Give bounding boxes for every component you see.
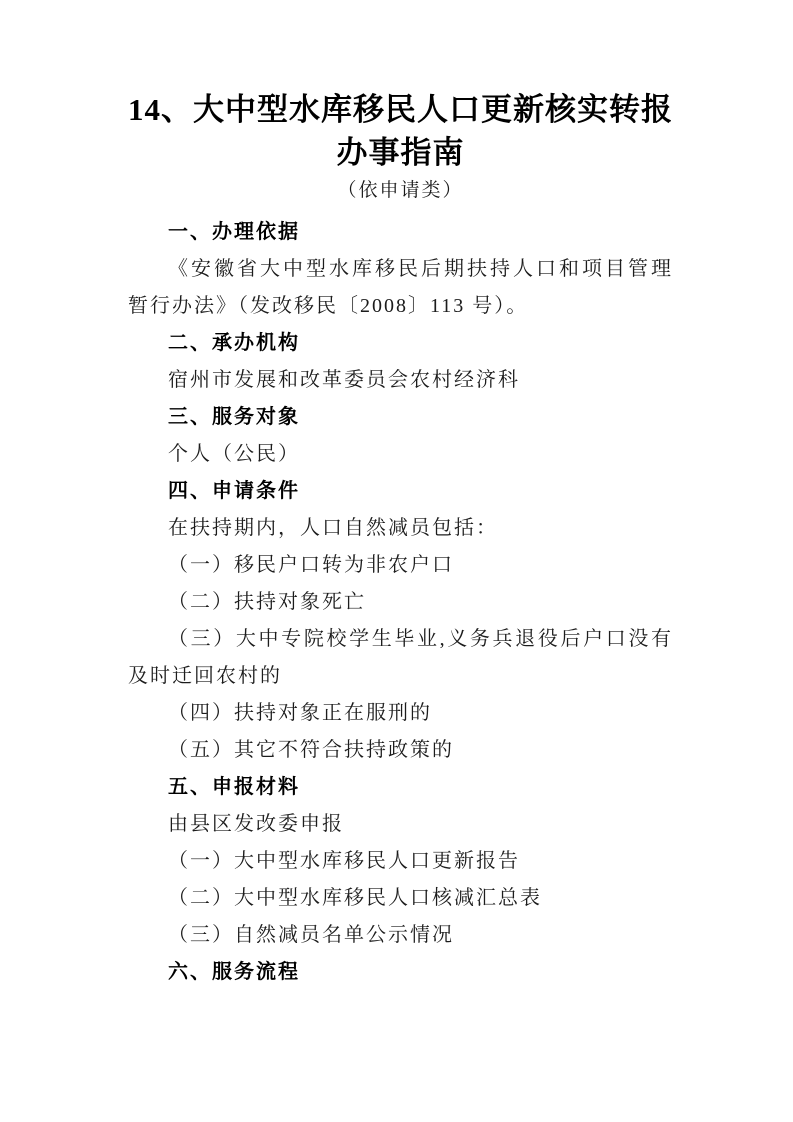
section-paragraph: （一）大中型水库移民人口更新报告 xyxy=(128,843,673,880)
section-heading: 六、服务流程 xyxy=(128,954,673,991)
section-paragraph: 个人（公民） xyxy=(128,436,673,473)
section-basis: 一、办理依据 《安徽省大中型水库移民后期扶持人口和项目管理暂行办法》（发改移民〔… xyxy=(128,214,673,325)
section-paragraph: （五）其它不符合扶持政策的 xyxy=(128,732,673,769)
section-paragraph: （四）扶持对象正在服刑的 xyxy=(128,695,673,732)
section-paragraph: （二）大中型水库移民人口核减汇总表 xyxy=(128,880,673,917)
section-paragraph: 由县区发改委申报 xyxy=(128,806,673,843)
page-title-line-1: 14、大中型水库移民人口更新核实转报 xyxy=(128,88,673,131)
section-application-conditions: 四、申请条件 在扶持期内，人口自然减员包括： （一）移民户口转为非农户口 （二）… xyxy=(128,473,673,769)
section-service-target: 三、服务对象 个人（公民） xyxy=(128,399,673,473)
section-paragraph: （二）扶持对象死亡 xyxy=(128,584,673,621)
section-heading: 一、办理依据 xyxy=(128,214,673,251)
section-heading: 二、承办机构 xyxy=(128,325,673,362)
section-paragraph: （三）大中专院校学生毕业,义务兵退役后户口没有及时迁回农村的 xyxy=(128,621,673,695)
section-paragraph: 在扶持期内，人口自然减员包括： xyxy=(128,510,673,547)
page-subtitle: （依申请类） xyxy=(128,176,673,206)
section-paragraph: 《安徽省大中型水库移民后期扶持人口和项目管理暂行办法》（发改移民〔2008〕11… xyxy=(128,251,673,325)
page-title-line-2: 办事指南 xyxy=(128,131,673,174)
section-application-materials: 五、申报材料 由县区发改委申报 （一）大中型水库移民人口更新报告 （二）大中型水… xyxy=(128,769,673,954)
document-page: 14、大中型水库移民人口更新核实转报 办事指南 （依申请类） 一、办理依据 《安… xyxy=(0,0,793,1122)
section-paragraph: （一）移民户口转为非农户口 xyxy=(128,547,673,584)
section-service-process: 六、服务流程 xyxy=(128,954,673,991)
document-body: 一、办理依据 《安徽省大中型水库移民后期扶持人口和项目管理暂行办法》（发改移民〔… xyxy=(128,214,673,991)
section-agency: 二、承办机构 宿州市发展和改革委员会农村经济科 xyxy=(128,325,673,399)
section-heading: 五、申报材料 xyxy=(128,769,673,806)
section-heading: 三、服务对象 xyxy=(128,399,673,436)
page-title: 14、大中型水库移民人口更新核实转报 办事指南 xyxy=(128,88,673,174)
section-paragraph: 宿州市发展和改革委员会农村经济科 xyxy=(128,362,673,399)
section-paragraph: （三）自然减员名单公示情况 xyxy=(128,917,673,954)
section-heading: 四、申请条件 xyxy=(128,473,673,510)
